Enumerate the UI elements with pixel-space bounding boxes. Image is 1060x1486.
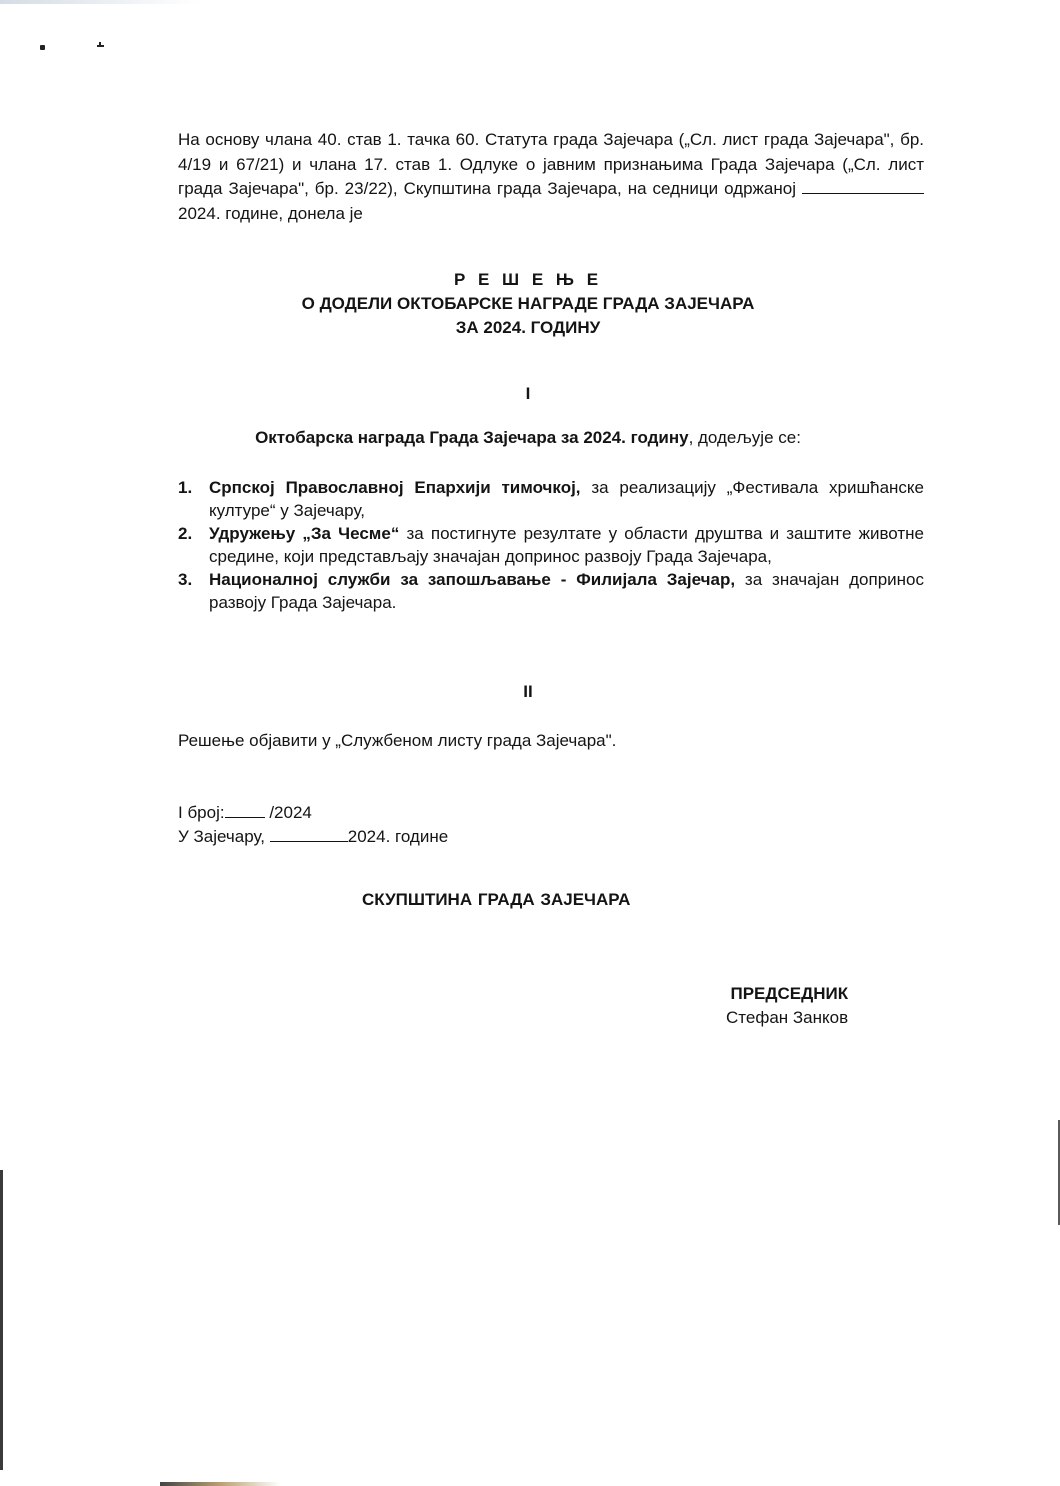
scan-speck [40,45,45,50]
reference-place-label: У Зајечару, [178,827,265,846]
title-line-1: Р Е Ш Е Њ Е [178,268,878,292]
reference-block: I број: /2024 У Зајечару, 2024. године [178,801,448,849]
award-intro-bold: Октобарска награда Града Зајечара за 202… [255,428,689,447]
reference-number-suffix: /2024 [269,803,312,822]
date-blank-line [270,826,348,842]
decision-title: Р Е Ш Е Њ Е О ДОДЕЛИ ОКТОБАРСКЕ НАГРАДЕ … [178,268,878,340]
preamble-paragraph: На основу члана 40. став 1. тачка 60. Ст… [178,128,924,226]
award-recipient: Националној служби за запошљавање - Фили… [209,570,735,589]
reference-place-date: У Зајечару, 2024. године [178,825,448,849]
scan-edge-artifact [0,1170,3,1470]
award-list: 1. Српској Православној Епархији тимочко… [178,476,924,614]
award-number: 1. [178,476,192,499]
scan-speck [99,42,101,46]
award-recipient: Српској Православној Епархији тимочкој, [209,478,581,497]
date-blank-line [802,178,924,194]
issuing-body: СКУПШТИНА ГРАДА ЗАЈЕЧАРА [362,890,630,910]
title-line-2: О ДОДЕЛИ ОКТОБАРСКЕ НАГРАДЕ ГРАДА ЗАЈЕЧА… [178,292,878,316]
section-numeral-2: II [178,682,878,702]
award-number: 2. [178,522,192,545]
title-line-3: ЗА 2024. ГОДИНУ [178,316,878,340]
scan-edge-artifact [160,1482,280,1486]
award-item: 1. Српској Православној Епархији тимочко… [178,476,924,522]
preamble-text-end: 2024. године, донела је [178,204,363,223]
signatory-name: Стефан Занков [726,1006,848,1030]
reference-number: I број: /2024 [178,801,448,825]
publication-clause: Решење објавити у „Службеном листу града… [178,731,616,751]
award-item: 3. Националној служби за запошљавање - Ф… [178,568,924,614]
award-intro: Октобарска награда Града Зајечара за 202… [178,428,878,448]
scan-edge-artifact [0,0,200,4]
signatory-role: ПРЕДСЕДНИК [726,982,848,1006]
reference-number-label: I број: [178,803,225,822]
section-numeral-1: I [178,384,878,404]
signature-block: ПРЕДСЕДНИК Стефан Занков [726,982,848,1030]
reference-date-suffix: 2024. године [348,827,448,846]
award-item: 2. Удружењу „За Чесме“ за постигнуте рез… [178,522,924,568]
award-recipient: Удружењу „За Чесме“ [209,524,399,543]
number-blank-line [225,802,265,818]
award-number: 3. [178,568,192,591]
award-intro-rest: , додељује се: [689,428,801,447]
document-page: На основу члана 40. став 1. тачка 60. Ст… [178,128,924,226]
